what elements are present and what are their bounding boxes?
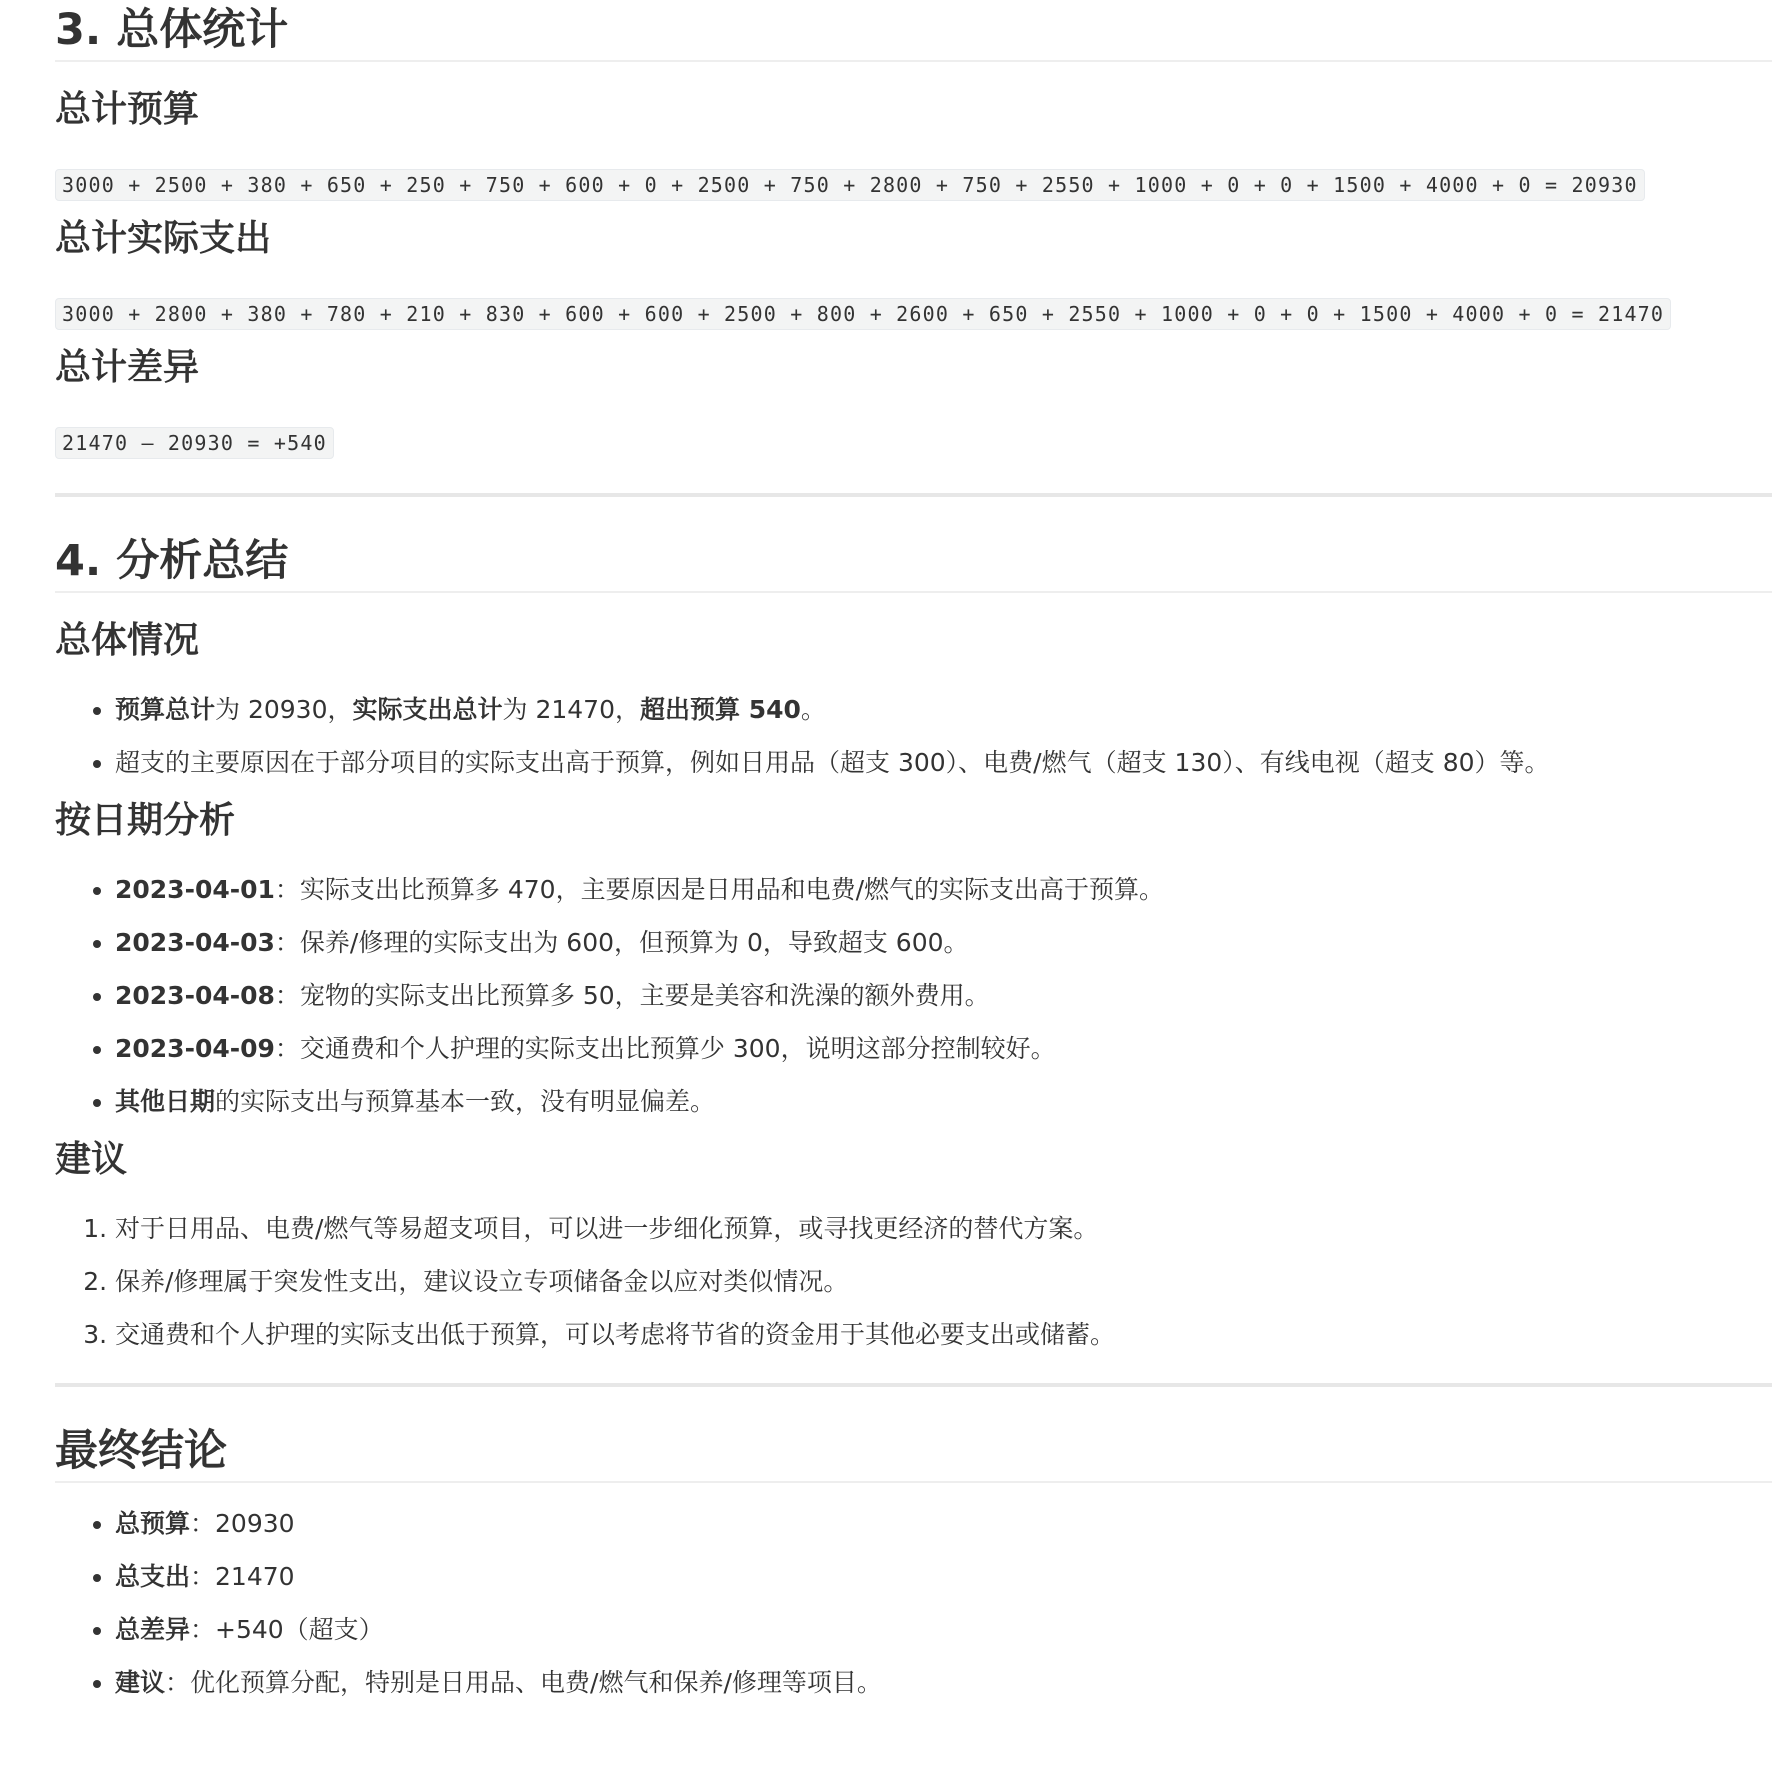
suggestions-list: 对于日用品、电费/燃气等易超支项目，可以进一步细化预算，或寻找更经济的替代方案。… — [55, 1202, 1772, 1361]
total-actual-heading: 总计实际支出 — [55, 213, 1772, 265]
list-item: 2023-04-01：实际支出比预算多 470，主要原因是日用品和电费/燃气的实… — [115, 863, 1772, 916]
conclusion-title: 最终结论 — [55, 1421, 1772, 1483]
total-budget-heading: 总计预算 — [55, 84, 1772, 136]
document: 3. 总体统计 总计预算 3000 + 2500 + 380 + 650 + 2… — [0, 0, 1772, 1709]
suggestions-heading: 建议 — [55, 1134, 1772, 1186]
list-item: 其他日期的实际支出与预算基本一致，没有明显偏差。 — [115, 1075, 1772, 1128]
list-item: 2023-04-03：保养/修理的实际支出为 600，但预算为 0，导致超支 6… — [115, 916, 1772, 969]
list-item: 总差异：+540（超支） — [115, 1603, 1772, 1656]
overall-list: 预算总计为 20930，实际支出总计为 21470，超出预算 540。 超支的主… — [55, 683, 1772, 789]
list-item: 超支的主要原因在于部分项目的实际支出高于预算，例如日用品（超支 300）、电费/… — [115, 736, 1772, 789]
list-item: 2023-04-09：交通费和个人护理的实际支出比预算少 300，说明这部分控制… — [115, 1022, 1772, 1075]
total-budget-formula: 3000 + 2500 + 380 + 650 + 250 + 750 + 60… — [55, 169, 1645, 201]
section-4-title: 4. 分析总结 — [55, 531, 1772, 593]
by-date-list: 2023-04-01：实际支出比预算多 470，主要原因是日用品和电费/燃气的实… — [55, 863, 1772, 1128]
overall-heading: 总体情况 — [55, 615, 1772, 667]
list-item: 交通费和个人护理的实际支出低于预算，可以考虑将节省的资金用于其他必要支出或储蓄。 — [115, 1308, 1772, 1361]
section-3-title: 3. 总体统计 — [55, 0, 1772, 62]
by-date-heading: 按日期分析 — [55, 795, 1772, 847]
list-item: 2023-04-08：宠物的实际支出比预算多 50，主要是美容和洗澡的额外费用。 — [115, 969, 1772, 1022]
total-diff-formula: 21470 – 20930 = +540 — [55, 427, 334, 459]
list-item: 总预算：20930 — [115, 1497, 1772, 1550]
total-diff-heading: 总计差异 — [55, 342, 1772, 394]
list-item: 预算总计为 20930，实际支出总计为 21470，超出预算 540。 — [115, 683, 1772, 736]
list-item: 建议：优化预算分配，特别是日用品、电费/燃气和保养/修理等项目。 — [115, 1656, 1772, 1709]
conclusion-list: 总预算：20930 总支出：21470 总差异：+540（超支） 建议：优化预算… — [55, 1497, 1772, 1709]
divider — [55, 493, 1772, 497]
list-item: 对于日用品、电费/燃气等易超支项目，可以进一步细化预算，或寻找更经济的替代方案。 — [115, 1202, 1772, 1255]
list-item: 总支出：21470 — [115, 1550, 1772, 1603]
list-item: 保养/修理属于突发性支出，建议设立专项储备金以应对类似情况。 — [115, 1255, 1772, 1308]
total-actual-formula: 3000 + 2800 + 380 + 780 + 210 + 830 + 60… — [55, 298, 1671, 330]
divider — [55, 1383, 1772, 1387]
